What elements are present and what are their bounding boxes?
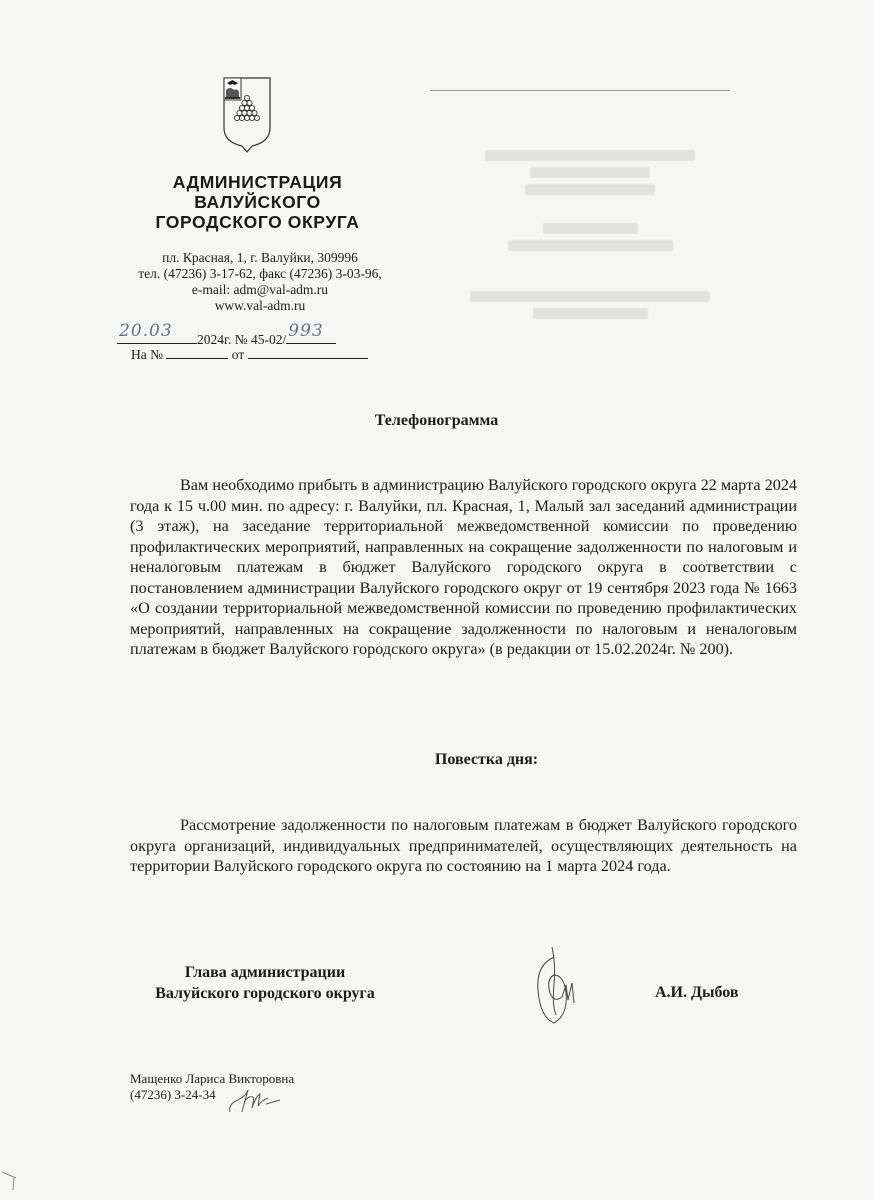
faded-line xyxy=(485,150,695,161)
handwritten-number: 993 xyxy=(288,321,323,341)
role-line: Валуйского городского округа xyxy=(130,983,400,1004)
year-text: 2024г. xyxy=(197,332,231,347)
signatory-name: А.И. Дыбов xyxy=(655,984,739,1002)
reply-date-field xyxy=(248,346,368,359)
document-page: АДМИНИСТРАЦИЯ ВАЛУЙСКОГО ГОРОДСКОГО ОКРУ… xyxy=(0,0,873,1200)
website-line: www.val-adm.ru xyxy=(115,298,405,314)
faded-line xyxy=(533,308,648,319)
reply-reference-line: На № от xyxy=(131,346,368,363)
faded-line xyxy=(530,167,650,178)
signatory-role: Глава администрации Валуйского городског… xyxy=(130,962,400,1004)
handwritten-date: 20.03 xyxy=(119,321,173,341)
scan-artifact-mark xyxy=(0,1170,20,1190)
document-title: Телефонограмма xyxy=(0,412,873,430)
number-field: 993 xyxy=(286,331,336,344)
organization-contacts: пл. Красная, 1, г. Валуйки, 309996 тел. … xyxy=(115,250,405,314)
faded-line xyxy=(470,291,710,302)
main-paragraph: Вам необходимо прибыть в администрацию В… xyxy=(130,475,797,660)
email-line: e-mail: adm@val-adm.ru xyxy=(115,282,405,298)
number-prefix: № 45-02/ xyxy=(235,332,287,347)
coat-of-arms-icon xyxy=(222,76,272,154)
reply-number-field xyxy=(166,346,228,359)
org-name-line: ВАЛУЙСКОГО xyxy=(130,192,385,212)
faded-line xyxy=(543,223,638,234)
handwritten-signature-icon xyxy=(532,945,612,1025)
from-label: от xyxy=(232,347,244,362)
date-field: 20.03 xyxy=(117,331,197,344)
paragraph-text: Вам необходимо прибыть в администрацию В… xyxy=(130,475,797,660)
phone-fax-line: тел. (47236) 3-17-62, факс (47236) 3-03-… xyxy=(115,266,405,282)
executor-initials-icon xyxy=(226,1086,286,1116)
paragraph-text: Рассмотрение задолженности по налоговым … xyxy=(130,815,797,877)
executor-name: Мащенко Лариса Викторовна xyxy=(130,1071,294,1087)
org-name-line: ГОРОДСКОГО ОКРУГА xyxy=(130,212,385,232)
agenda-paragraph: Рассмотрение задолженности по налоговым … xyxy=(130,815,797,877)
recipient-block-faded xyxy=(440,150,740,325)
faded-line xyxy=(508,240,673,251)
faded-line xyxy=(525,184,655,195)
agenda-heading: Повестка дня: xyxy=(0,751,873,769)
recipient-divider xyxy=(430,90,730,91)
reply-label: На № xyxy=(131,347,163,362)
org-name-line: АДМИНИСТРАЦИЯ xyxy=(130,172,385,192)
organization-name: АДМИНИСТРАЦИЯ ВАЛУЙСКОГО ГОРОДСКОГО ОКРУ… xyxy=(130,172,385,232)
role-line: Глава администрации xyxy=(130,962,400,983)
address-line: пл. Красная, 1, г. Валуйки, 309996 xyxy=(115,250,405,266)
